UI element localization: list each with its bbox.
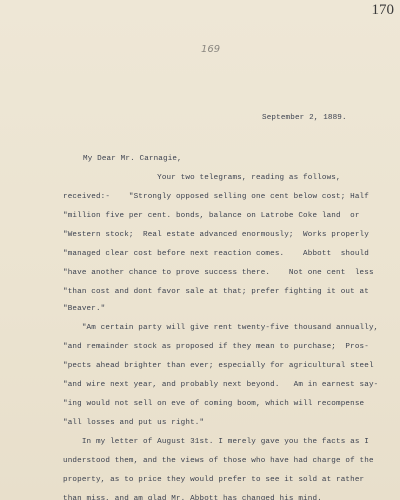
body-line: In my letter of August 31st. I merely ga… (63, 438, 369, 446)
body-line: "have another chance to prove success th… (63, 269, 374, 277)
body-line: "Am certain party will give rent twenty-… (63, 324, 378, 332)
body-line: "pects ahead brighter than ever; especia… (63, 362, 374, 370)
body-line: property, as to price they would prefer … (63, 476, 364, 484)
body-line: "and remainder stock as proposed if they… (63, 343, 369, 351)
body-line: understood them, and the views of those … (63, 457, 374, 465)
pencil-page-number: 169 (201, 44, 220, 55)
body-line: "million five per cent. bonds, balance o… (63, 212, 360, 220)
body-line: "Western stock; Real estate advanced eno… (63, 231, 369, 239)
body-line: Your two telegrams, reading as follows, (63, 174, 341, 182)
body-line: "ing would not sell on eve of coming boo… (63, 400, 364, 408)
letter-page: 170 169 September 2, 1889. My Dear Mr. C… (0, 0, 400, 500)
body-line: "all losses and put us right." (63, 419, 204, 427)
archive-page-number: 170 (372, 2, 395, 19)
body-line: received:- "Strongly opposed selling one… (63, 193, 369, 201)
body-line: than miss, and am glad Mr. Abbott has ch… (63, 495, 322, 500)
body-line: "than cost and dont favor sale at that; … (63, 288, 369, 296)
body-line: "and wire next year, and probably next b… (63, 381, 378, 389)
salutation: My Dear Mr. Carnagie, (83, 155, 182, 163)
body-line: "managed clear cost before next reaction… (63, 250, 369, 258)
body-line: "Beaver." (63, 305, 105, 313)
letter-date: September 2, 1889. (262, 114, 347, 122)
